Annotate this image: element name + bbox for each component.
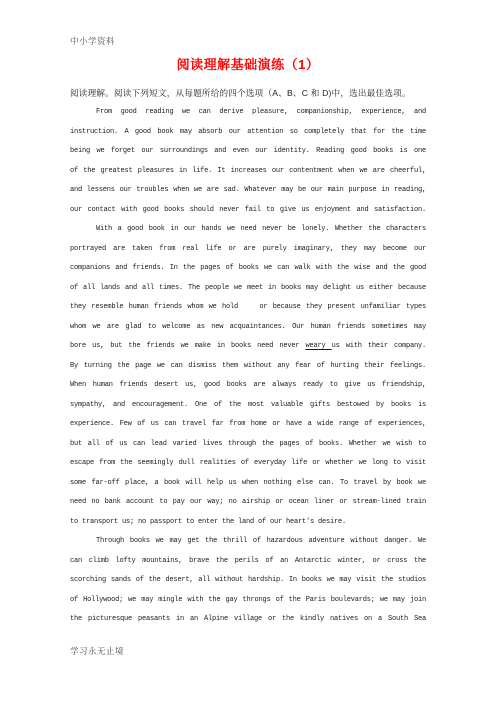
passage-line: the picturesque peasants in an Alpine vi… (70, 610, 426, 630)
passage-line: and lessens our troubles when we are sad… (70, 181, 426, 201)
passage-line: but all of us can lead varied lives thro… (70, 435, 426, 455)
passage-line: Through books we may get the thrill of h… (70, 532, 426, 552)
passage-line: to transport us; no passport to enter th… (70, 513, 426, 533)
passage-line: By turning the page we can dismiss them … (70, 357, 426, 377)
passage-line: being we forget our surroundings and eve… (70, 142, 426, 162)
passage-line: scorching sands of the desert, all witho… (70, 571, 426, 591)
passage-line: can climb lofty mountains, brave the per… (70, 552, 426, 572)
passage-line: of Hollywood; we may mingle with the gay… (70, 591, 426, 611)
passage-line: they resemble human friends whom we hold… (70, 298, 426, 318)
passage-line: escape from the seemingly dull realities… (70, 454, 426, 474)
passage-line: some far-off place, a book will help us … (70, 474, 426, 494)
passage-line: companions and friends. In the pages of … (70, 259, 426, 279)
document-page: 中小学资料 阅读理解基础演练（1） 阅读理解。阅读下列短文，从每题所给的四个选项… (0, 0, 496, 702)
passage-line: of all lands and all times. The people w… (70, 279, 426, 299)
passage-line: From good reading we can derive pleasure… (70, 103, 426, 123)
passage-line: sympathy, and encouragement. One of the … (70, 396, 426, 416)
page-title: 阅读理解基础演练（1） (0, 54, 496, 73)
instruction-text: 阅读理解。阅读下列短文，从每题所给的四个选项（A、B、C 和 D)中，选出最佳选… (70, 87, 428, 99)
header-watermark: 中小学资料 (70, 35, 115, 47)
footer-watermark: 学习永无止境 (70, 645, 124, 657)
passage-line: whom we are glad to welcome as new acqua… (70, 318, 426, 338)
passage-line: of the greatest pleasures in life. It in… (70, 162, 426, 182)
passage-line: our contact with good books should never… (70, 201, 426, 221)
passage: From good reading we can derive pleasure… (70, 103, 426, 630)
passage-line: bore us, but the friends we make in book… (70, 337, 426, 357)
passage-line: experience. Few of us can travel far fro… (70, 415, 426, 435)
passage-line: instruction. A good book may absorb our … (70, 123, 426, 143)
passage-line: When human friends desert us, good books… (70, 376, 426, 396)
passage-line: portrayed are taken from real life or ar… (70, 240, 426, 260)
passage-line: With a good book in our hands we need ne… (70, 220, 426, 240)
passage-line: need no bank account to pay our way; no … (70, 493, 426, 513)
